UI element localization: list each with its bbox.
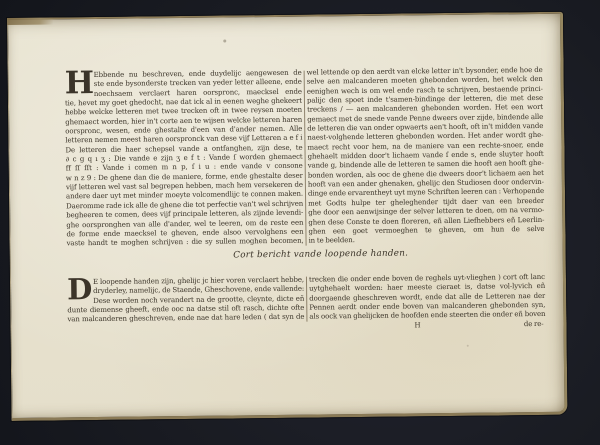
bottom-left-column: D E loopende handen zijn, ghelijc jc hie… [67,276,305,325]
paragraph-bottom-left-lines: E loopende handen zijn, ghelijc jc hier … [67,276,305,325]
signature-mark: H [414,321,420,330]
signature-line: H de re- [309,320,545,332]
paper-speck [223,40,226,43]
drop-cap-h: H [65,69,95,98]
text-block: H Ebbende nu beschreven, ende duydelijc … [65,66,543,71]
text-line: van malcanderen gheschreven, ende nae da… [67,313,304,325]
paragraph-bottom-right-lines: trecken die onder ende boven de reghels … [309,273,546,322]
book-page: H Ebbende nu beschreven, ende duydelijc … [7,12,568,421]
drop-cap-d: D [67,276,92,303]
paragraph-bottom-left: D E loopende handen zijn, ghelijc jc hie… [67,276,305,325]
text-line: in te beelden. [309,234,545,246]
top-left-column: H Ebbende nu beschreven, ende duydelijc … [65,69,304,249]
paper-speck [467,345,469,347]
paragraph-bottom-right: trecken die onder ende boven de reghels … [309,273,546,322]
page-edge-wear [7,17,53,25]
bottom-right-column: trecken die onder ende boven de reghels … [309,273,546,332]
column-divider-rule [306,277,308,322]
catchword: de re- [524,320,544,330]
paragraph-top-left: H Ebbende nu beschreven, ende duydelijc … [65,69,304,249]
book-photograph: H Ebbende nu beschreven, ende duydelijc … [0,0,600,445]
paragraph-top-right: wel lettende op den aerdt van elcke lett… [307,66,545,246]
top-right-column: wel lettende op den aerdt van elcke lett… [307,66,545,246]
paragraph-top-right-lines: wel lettende op den aerdt van elcke lett… [307,66,545,246]
paragraph-top-left-lines: Ebbende nu beschreven, ende duydelijc ae… [65,69,304,249]
section-heading: Cort bericht vande loopende handen. [171,248,471,261]
text-line: vaste handt te moghen schrijven : die sy… [67,237,304,249]
